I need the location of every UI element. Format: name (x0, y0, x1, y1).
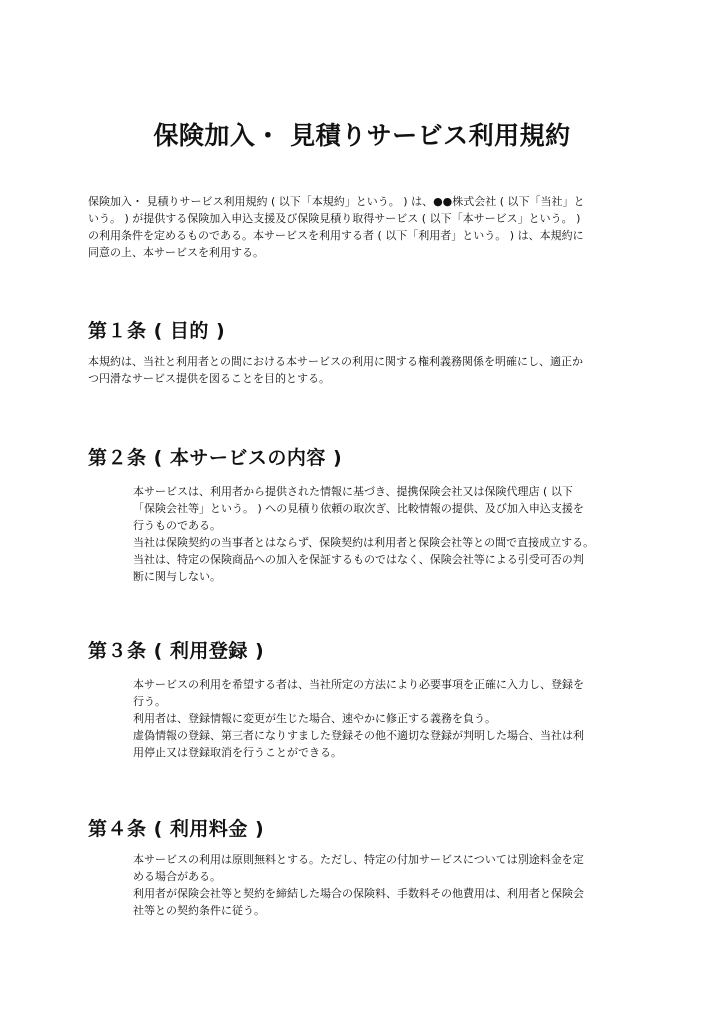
article-1-body: 本規約は、当社と利用者との間における本サービスの利用に関する権利義務関係を明確に… (88, 353, 583, 387)
article-1-heading: 第１条 ( 目的 ) (88, 316, 225, 343)
text-line: 本サービスの利用は原則無料とする。ただし、特定の付加サービスについては別途料金を… (133, 851, 584, 868)
text-line: 「保険会社等」という。 ) への見積り依頼の取次ぎ、比較情報の提供、及び加入申込… (133, 500, 594, 517)
text-line: 当社は、特定の保険商品への加入を保証するものではなく、保険会社等による引受可否の… (133, 551, 594, 568)
article-2-body: 本サービスは、利用者から提供された情報に基づき、提携保険会社又は保険代理店 ( … (133, 483, 594, 585)
text-line: 本サービスは、利用者から提供された情報に基づき、提携保険会社又は保険代理店 ( … (133, 483, 594, 500)
article-3-heading: 第３条 ( 利用登録 ) (88, 636, 264, 663)
text-line: 保険加入・ 見積りサービス利用規約 ( 以下「本規約」という。 ) は、●●株式… (88, 193, 585, 210)
text-line: 利用者が保険会社等と契約を締結した場合の保険料、手数料その他費用は、利用者と保険… (133, 885, 584, 902)
text-line: 行う。 (133, 693, 584, 710)
text-line: 虚偽情報の登録、第三者になりすました登録その他不適切な登録が判明した場合、当社は… (133, 727, 584, 744)
article-4-body: 本サービスの利用は原則無料とする。ただし、特定の付加サービスについては別途料金を… (133, 851, 584, 919)
text-line: つ円滑なサービス提供を図ることを目的とする。 (88, 370, 583, 387)
text-line: 行うものである。 (133, 517, 594, 534)
text-line: 用停止又は登録取消を行うことができる。 (133, 744, 584, 761)
text-line: 利用者は、登録情報に変更が生じた場合、速やかに修正する義務を負う。 (133, 710, 584, 727)
intro-paragraph: 保険加入・ 見積りサービス利用規約 ( 以下「本規約」という。 ) は、●●株式… (88, 193, 585, 261)
article-4-heading: 第４条 ( 利用料金 ) (88, 814, 264, 841)
article-2-heading: 第２条 ( 本サービスの内容 ) (88, 443, 342, 470)
text-line: 同意の上、本サービスを利用する。 (88, 244, 585, 261)
text-line: める場合がある。 (133, 868, 584, 885)
text-line: 当社は保険契約の当事者とはならず、保険契約は利用者と保険会社等との間で直接成立す… (133, 534, 594, 551)
text-line: 断に関与しない。 (133, 568, 594, 585)
text-line: 本サービスの利用を希望する者は、当社所定の方法により必要事項を正確に入力し、登録… (133, 676, 584, 693)
article-3-body: 本サービスの利用を希望する者は、当社所定の方法により必要事項を正確に入力し、登録… (133, 676, 584, 761)
text-line: 本規約は、当社と利用者との間における本サービスの利用に関する権利義務関係を明確に… (88, 353, 583, 370)
text-line: いう。 ) が提供する保険加入申込支援及び保険見積り取得サービス ( 以下「本サ… (88, 210, 585, 227)
document-title: 保険加入・ 見積りサービス利用規約 (0, 116, 724, 152)
text-line: の利用条件を定めるものである。本サービスを利用する者 ( 以下「利用者」という。… (88, 227, 585, 244)
text-line: 社等との契約条件に従う。 (133, 902, 584, 919)
